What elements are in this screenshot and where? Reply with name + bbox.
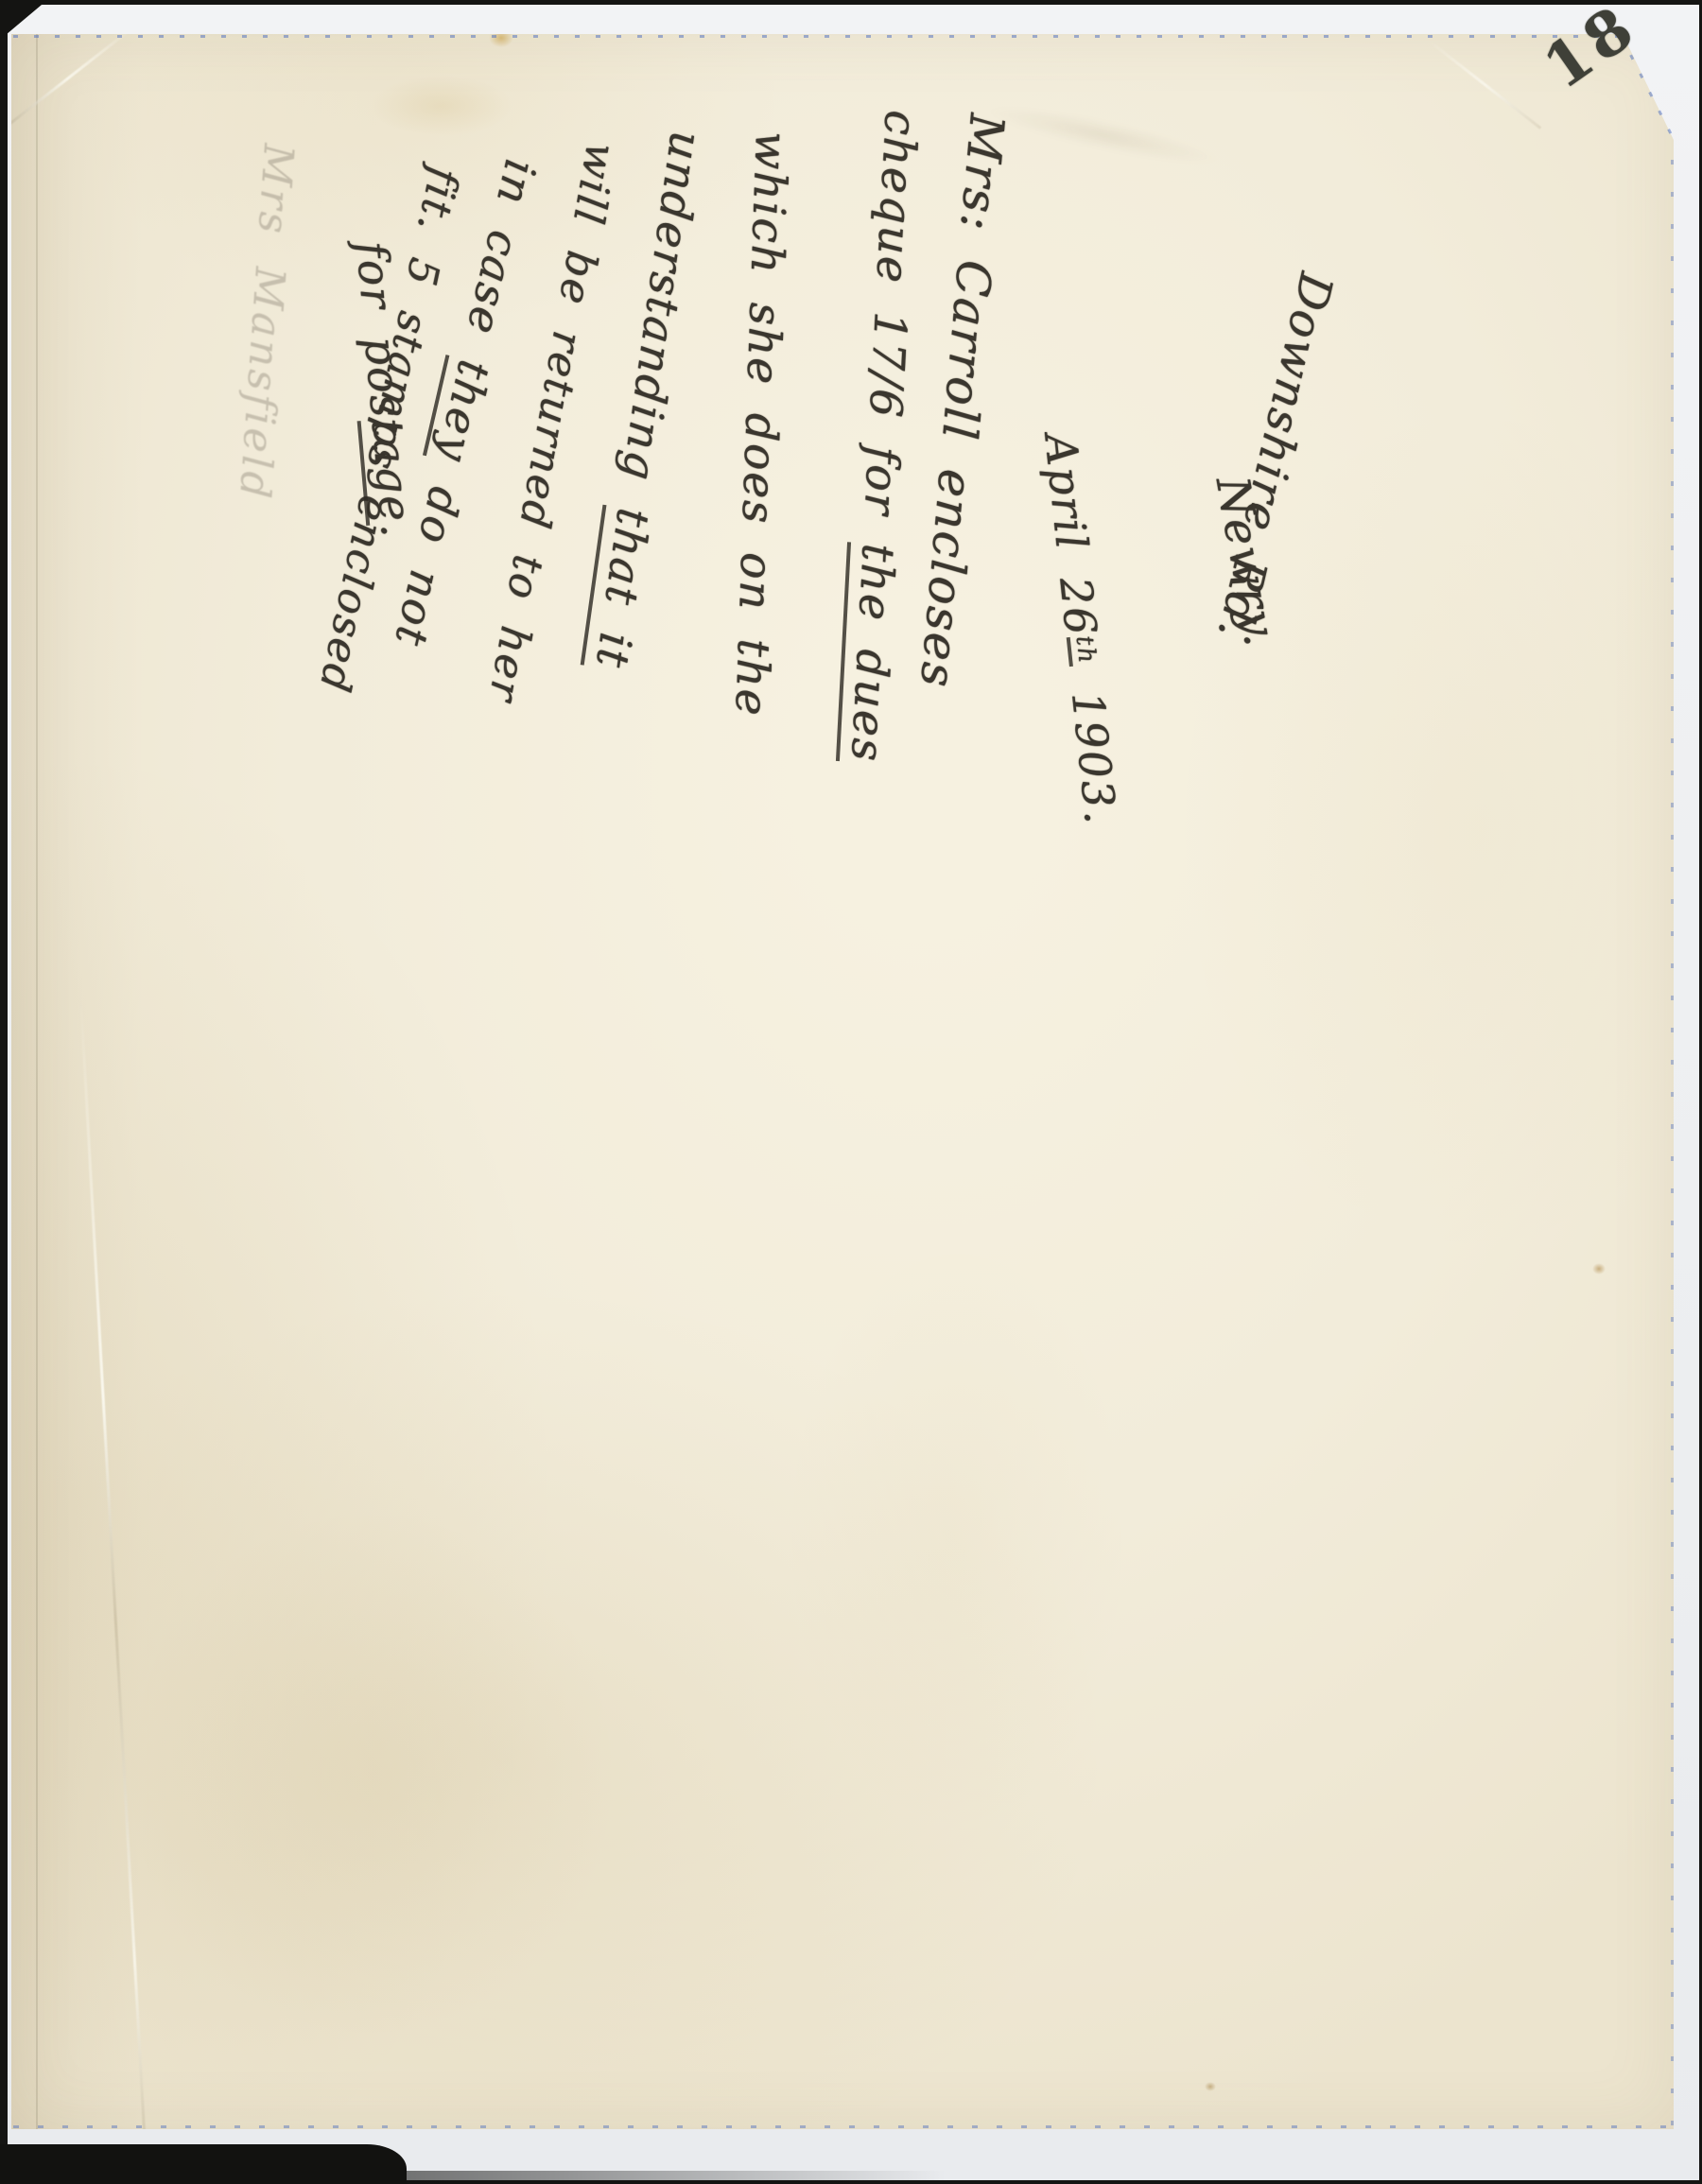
handwriting-segment: Mrs: Carroll encloses	[910, 112, 1015, 691]
handwriting-segment: 1903.	[1059, 662, 1127, 827]
scanner-shadow-bottom	[0, 2171, 946, 2184]
underlined-word: that it	[581, 504, 659, 672]
paper-stain	[787, 1244, 1127, 1830]
paper-wrinkle	[985, 96, 1223, 173]
letter-sheet: Downshire Rd. Newry. April 26th 1903. Mr…	[11, 34, 1674, 2129]
paper-stain	[1592, 1263, 1606, 1274]
blue-edge-speckles-top	[13, 35, 1623, 38]
handwritten-line: which she does on the	[724, 130, 797, 718]
paper-stain	[1205, 2082, 1216, 2091]
handwritten-line: Mrs: Carroll encloses	[910, 112, 1015, 691]
paper-crease	[1428, 40, 1541, 130]
underlying-page-edge-line	[36, 34, 38, 2129]
underlined-word: th	[1067, 634, 1102, 667]
handwriting-segment: cheque 17/6 for	[852, 109, 927, 545]
scanned-letter-page: Downshire Rd. Newry. April 26th 1903. Mr…	[0, 0, 1702, 2184]
underlined-word: tage	[357, 416, 422, 525]
blue-edge-speckles-bottom	[13, 2125, 1672, 2128]
underlined-word: they	[423, 355, 500, 468]
faint-pencil-note: Mrs Mansfield	[230, 142, 303, 502]
handwriting-segment: understanding	[608, 128, 712, 511]
handwriting-segment: April 26	[1034, 431, 1106, 639]
paper-stain	[125, 1509, 617, 2038]
underlined-word: the dues	[836, 542, 904, 764]
blue-edge-speckles-right	[1671, 142, 1674, 2125]
paper-stain	[371, 76, 512, 136]
handwriting-segment: which she does on the	[724, 130, 797, 718]
date-line: April 26th 1903.	[1034, 431, 1126, 827]
left-edge-shading	[11, 34, 144, 2129]
